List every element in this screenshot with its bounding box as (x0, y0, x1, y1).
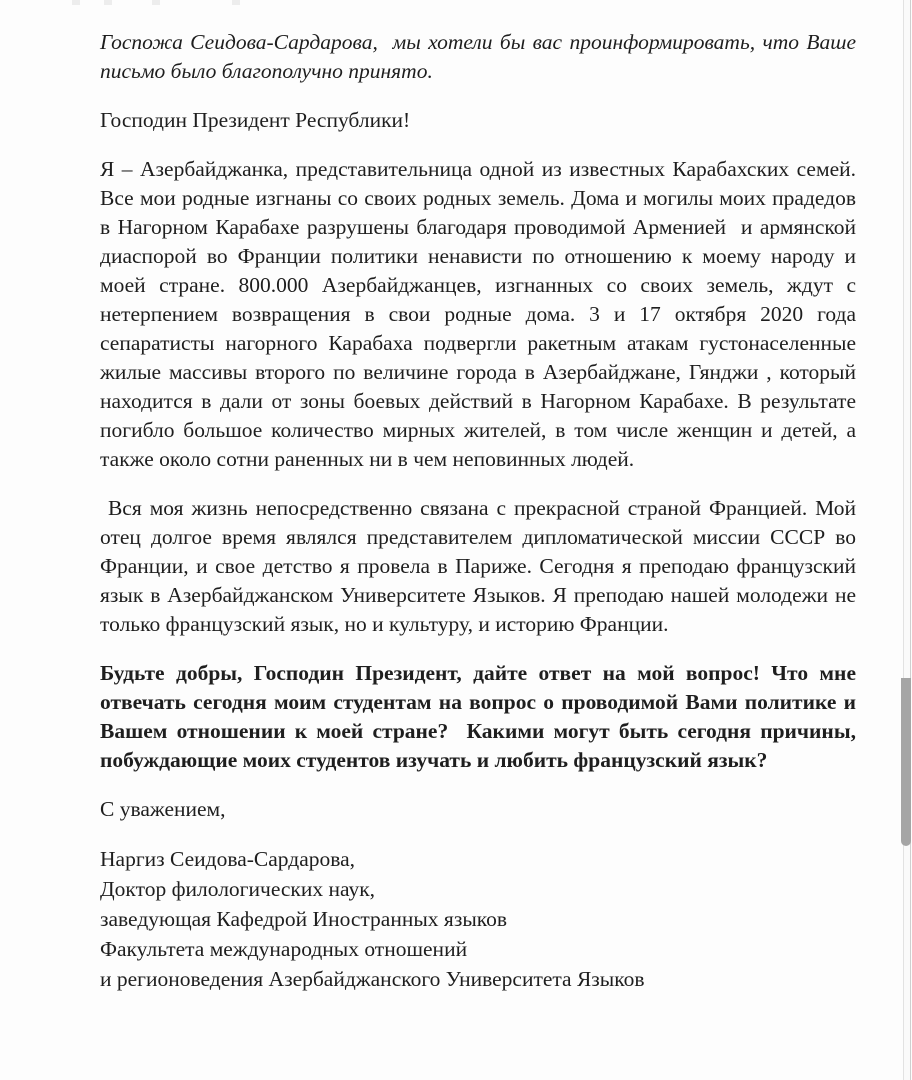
scrollbar-thumb[interactable] (901, 678, 911, 846)
intro-confirmation-note: Госпожа Сеидова-Сардарова, мы хотели бы … (100, 28, 856, 86)
signature-position: заведующая Кафедрой Иностранных языков (100, 904, 856, 934)
cutoff-text-artifact (152, 0, 160, 5)
signature-degree: Доктор филологических наук, (100, 874, 856, 904)
salutation: Господин Президент Республики! (100, 106, 856, 135)
signature-university: и регионоведения Азербайджанского Универ… (100, 964, 856, 994)
signature-faculty: Факультета международных отношений (100, 934, 856, 964)
signature-block: Наргиз Сеидова-Сардарова, Доктор филолог… (100, 844, 856, 994)
cutoff-text-artifact (104, 0, 112, 5)
scrollbar-track[interactable] (903, 0, 911, 1080)
paragraph-bold-question: Будьте добры, Господин Президент, дайте … (100, 659, 856, 775)
cutoff-text-artifact (232, 0, 240, 5)
cutoff-text-artifact (72, 0, 80, 5)
letter-body: Госпожа Сеидова-Сардарова, мы хотели бы … (100, 28, 856, 994)
paragraph-life-france: Вся моя жизнь непосредственно связана с … (100, 494, 856, 639)
paragraph-karabakh: Я – Азербайджанка, представительница одн… (100, 155, 856, 474)
signature-name: Наргиз Сеидова-Сардарова, (100, 844, 856, 874)
closing-regards: С уважением, (100, 795, 856, 824)
letter-document-page: Госпожа Сеидова-Сардарова, мы хотели бы … (0, 0, 912, 1080)
